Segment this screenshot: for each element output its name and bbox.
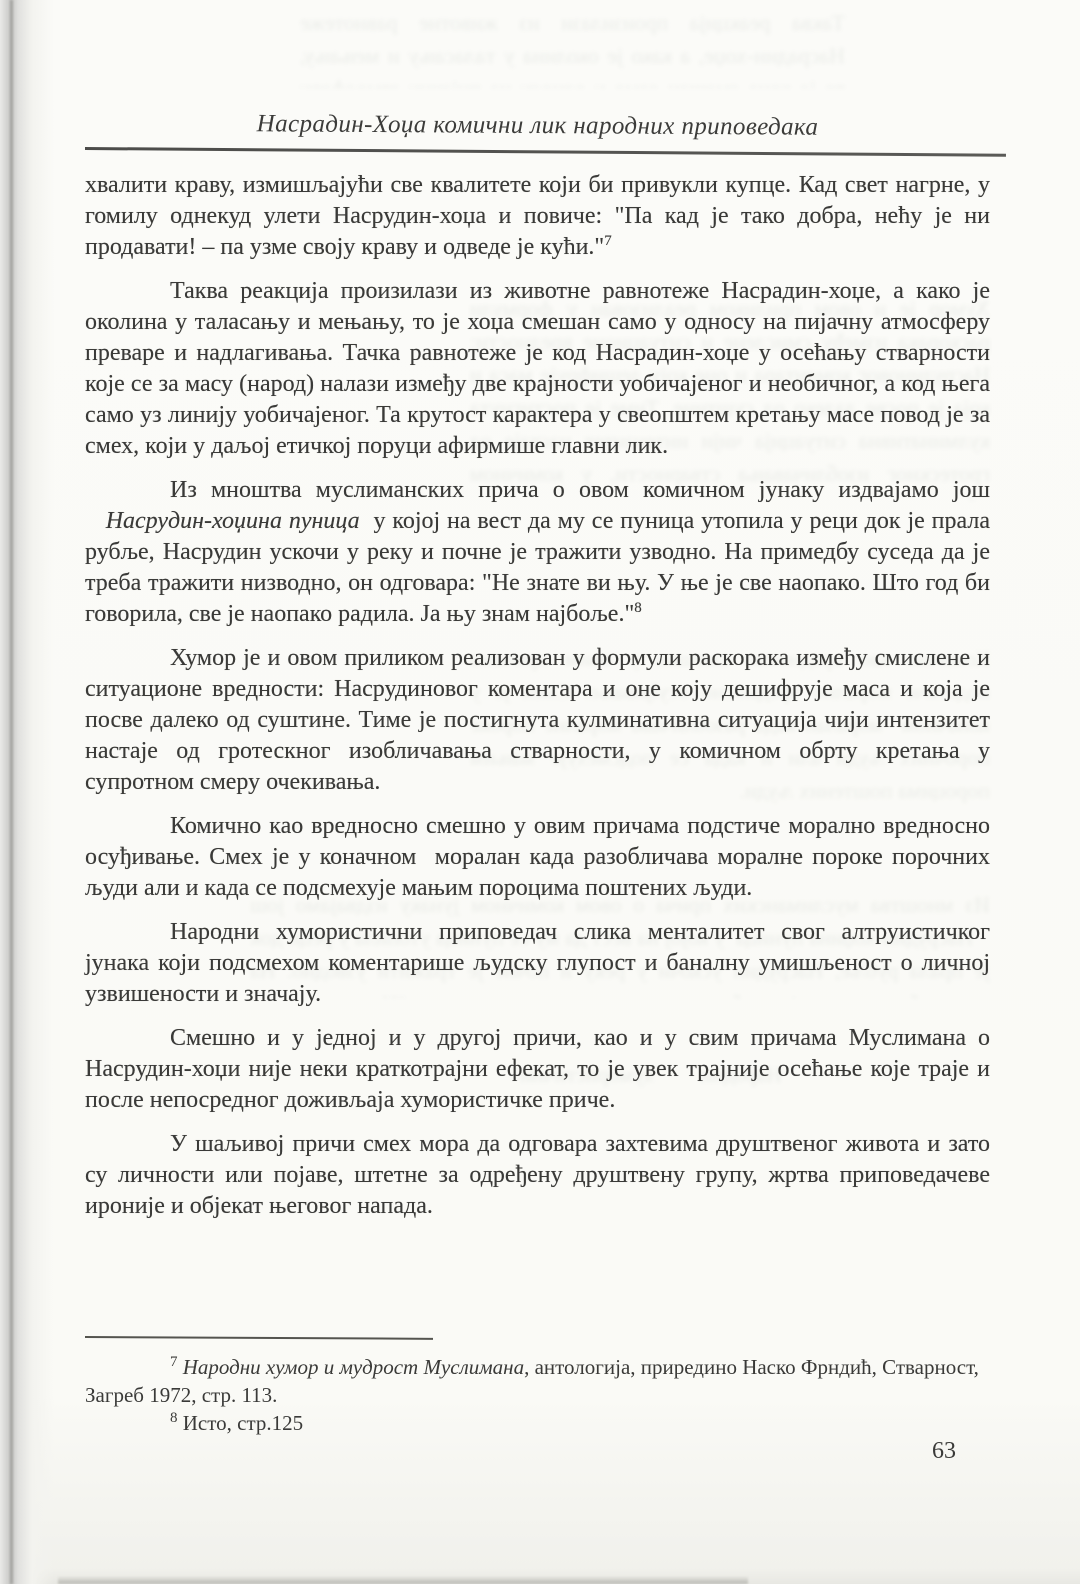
header-rule: [85, 147, 1006, 157]
footnote: 8 Исто, стр.125: [85, 1409, 990, 1437]
italic-title: Народни хумор и мудрост Муслимана: [183, 1355, 524, 1379]
footnote-ref: 8: [170, 1410, 178, 1426]
paragraph: Хумор је и овом приликом реализован у фо…: [85, 643, 990, 798]
body-text: хвалити краву, измишљајући све квалитете…: [85, 170, 990, 1222]
footnote: 7 Народни хумор и мудрост Муслимана, ант…: [85, 1353, 990, 1409]
footnote-ref: 7: [170, 1354, 178, 1370]
scan-bottom-shadow: [58, 1576, 748, 1584]
scan-binding-edge-line: [10, 0, 13, 1584]
footnote-ref: 7: [604, 233, 612, 249]
paragraph: Таква реакција произилази из животне рав…: [85, 276, 990, 462]
paragraph: Народни хумористични приповедач слика ме…: [85, 917, 990, 1010]
italic-title: Насрудин-хоџина пуница: [106, 508, 360, 534]
footnote-rule: [85, 1336, 433, 1340]
footnotes-list: 7 Народни хумор и мудрост Муслимана, ант…: [85, 1353, 990, 1437]
running-header-title: Насрадин-Хоџа комични лик народних припо…: [85, 109, 990, 143]
paragraph: Из мноштва муслиманских прича о овом ком…: [85, 475, 990, 630]
scanned-page: Таква реакција произилази из животне рав…: [0, 0, 1080, 1584]
footnote-ref: 8: [634, 600, 642, 616]
footnotes-section: 7 Народни хумор и мудрост Муслимана, ант…: [85, 1336, 990, 1437]
page-number: 63: [85, 1438, 990, 1465]
paragraph: хвалити краву, измишљајући све квалитете…: [85, 170, 990, 263]
page-content: Насрадин-Хоџа комични лик народних припо…: [85, 0, 990, 1235]
scan-binding-edge: [0, 0, 54, 1584]
paragraph: Комично као вредносно смешно у овим прич…: [85, 811, 990, 904]
paragraph: У шаљивој причи смех мора да одговара за…: [85, 1129, 990, 1222]
paragraph: Смешно и у једној и у другој причи, као …: [85, 1023, 990, 1116]
